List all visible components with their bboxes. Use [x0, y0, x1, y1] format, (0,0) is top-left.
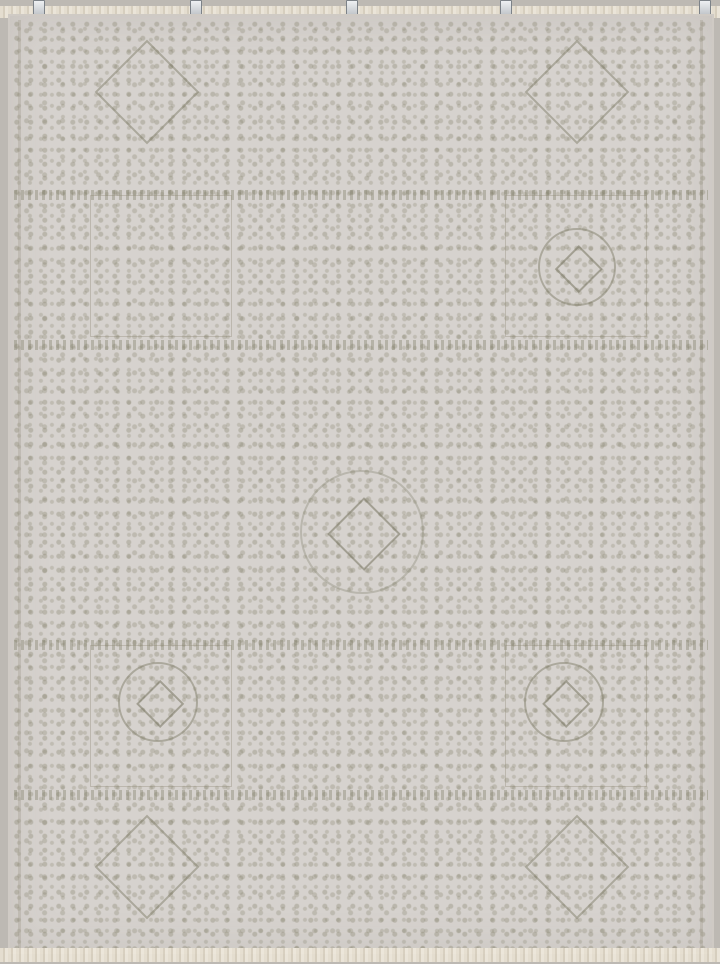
pattern-band	[14, 790, 708, 800]
center-medallion	[300, 470, 424, 594]
rug-border-right	[700, 20, 703, 948]
rug-photo	[0, 0, 720, 964]
medallion	[118, 662, 198, 742]
pattern-band	[14, 340, 708, 350]
medallion	[538, 228, 616, 306]
pattern-panel	[90, 195, 232, 337]
rug-border-left	[18, 20, 21, 948]
medallion	[524, 662, 604, 742]
bottom-fringe	[0, 948, 720, 962]
